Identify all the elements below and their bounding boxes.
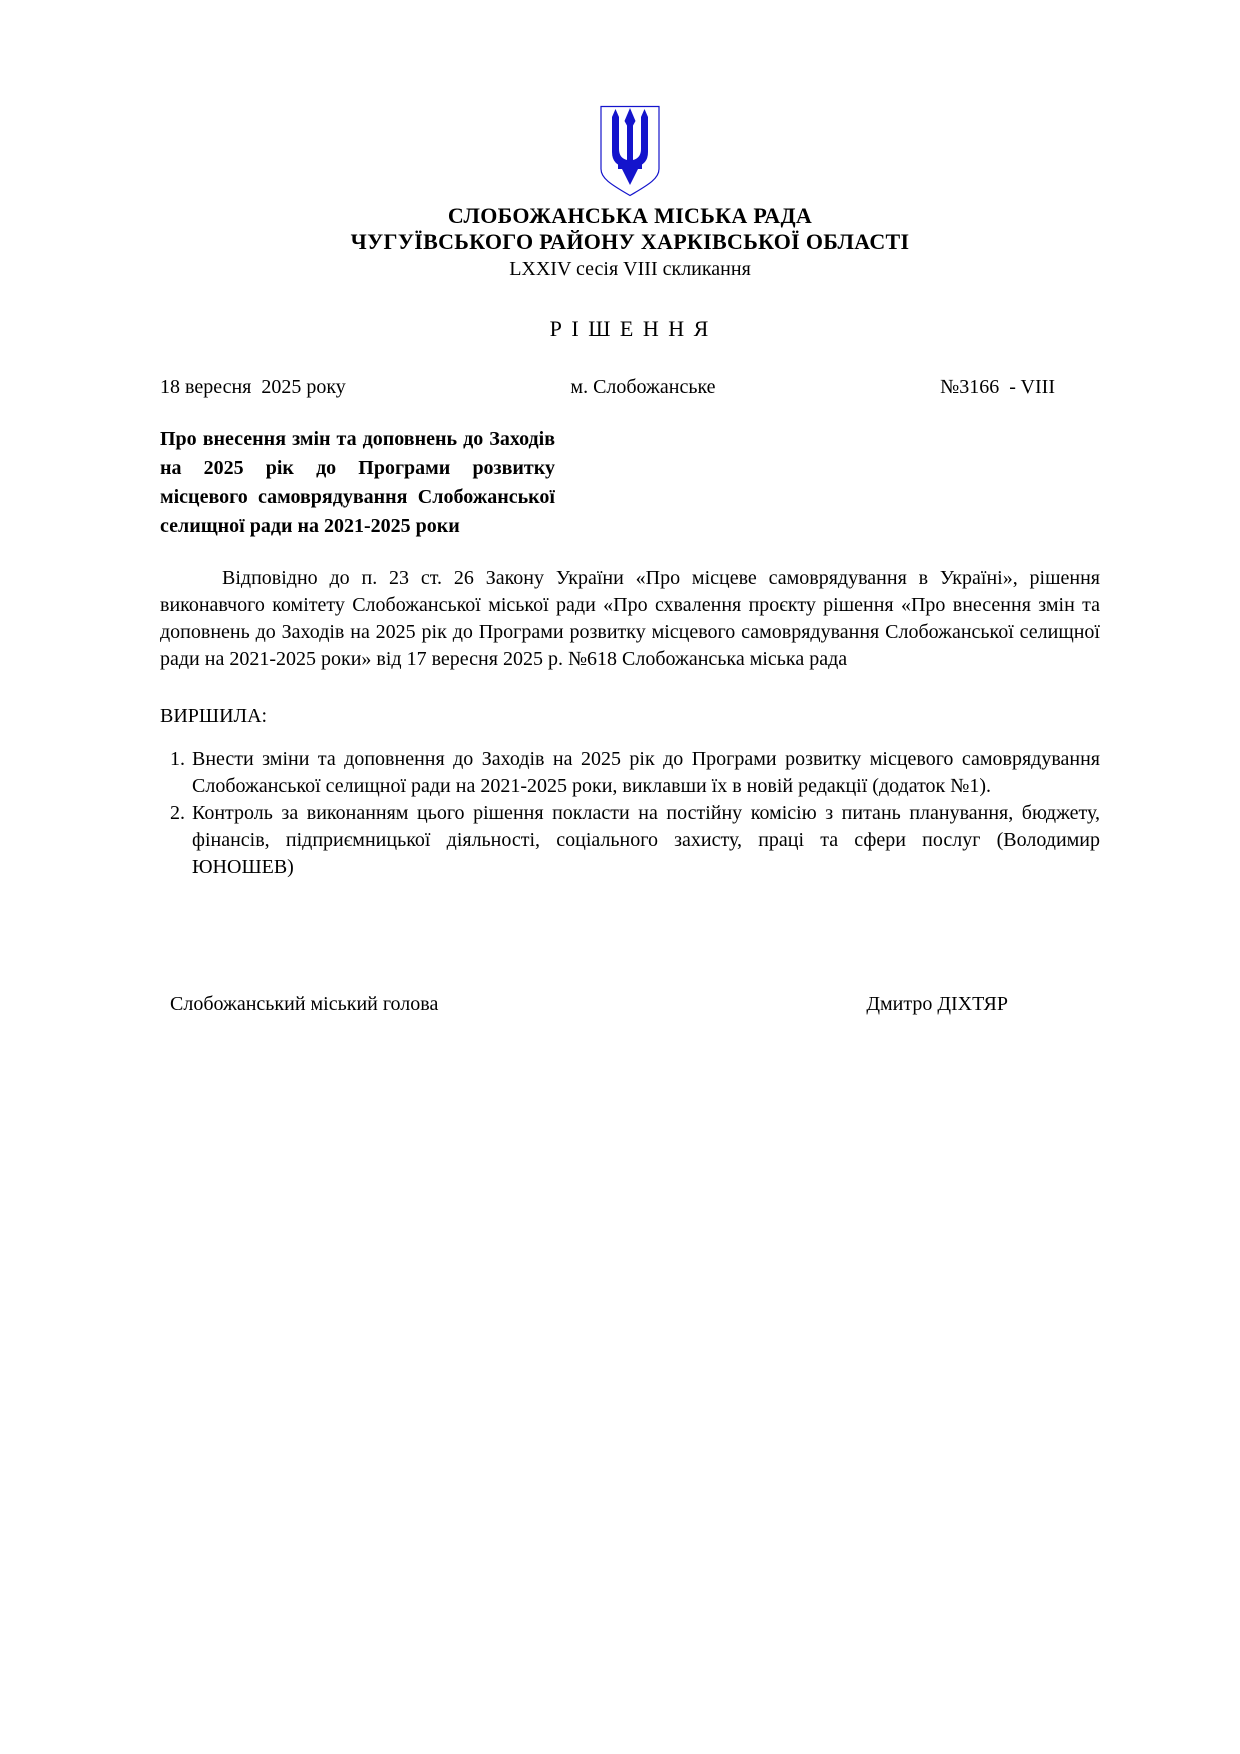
signatory-position: Слобожанський міський голова: [170, 993, 438, 1016]
document-meta-row: 18 вересня 2025 року м. Слобожанське №31…: [160, 376, 1100, 399]
decision-document-page: СЛОБОЖАНСЬКА МІСЬКА РАДА ЧУГУЇВСЬКОГО РА…: [0, 0, 1240, 1754]
organization-header: СЛОБОЖАНСЬКА МІСЬКА РАДА ЧУГУЇВСЬКОГО РА…: [160, 203, 1100, 282]
resolved-heading: ВИРШИЛА:: [160, 703, 1100, 730]
resolutions-list: Внести зміни та доповнення до Заходів на…: [160, 746, 1100, 881]
document-place: м. Слобожанське: [570, 376, 715, 399]
coat-of-arms-emblem: [597, 105, 663, 197]
resolution-item: Внести зміни та доповнення до Заходів на…: [190, 746, 1100, 800]
signatory-name: Дмитро ДІХТЯР: [866, 993, 1008, 1016]
document-date: 18 вересня 2025 року: [160, 376, 346, 399]
signature-row: Слобожанський міський голова Дмитро ДІХТ…: [160, 993, 1100, 1016]
preamble-paragraph: Відповідно до п. 23 ст. 26 Закону Україн…: [160, 565, 1100, 673]
session-line: LXXIV сесія VIII скликання: [160, 257, 1100, 282]
org-name-line2: ЧУГУЇВСЬКОГО РАЙОНУ ХАРКІВСЬКОЇ ОБЛАСТІ: [160, 229, 1100, 255]
resolution-item: Контроль за виконанням цього рішення пок…: [190, 800, 1100, 881]
document-title: Р І Ш Е Н Н Я: [160, 316, 1100, 342]
ukraine-trident-icon: [597, 105, 663, 197]
document-number: №3166 - VIII: [940, 376, 1055, 399]
document-subject: Про внесення змін та доповнень до Заході…: [160, 425, 555, 541]
org-name-line1: СЛОБОЖАНСЬКА МІСЬКА РАДА: [160, 203, 1100, 229]
